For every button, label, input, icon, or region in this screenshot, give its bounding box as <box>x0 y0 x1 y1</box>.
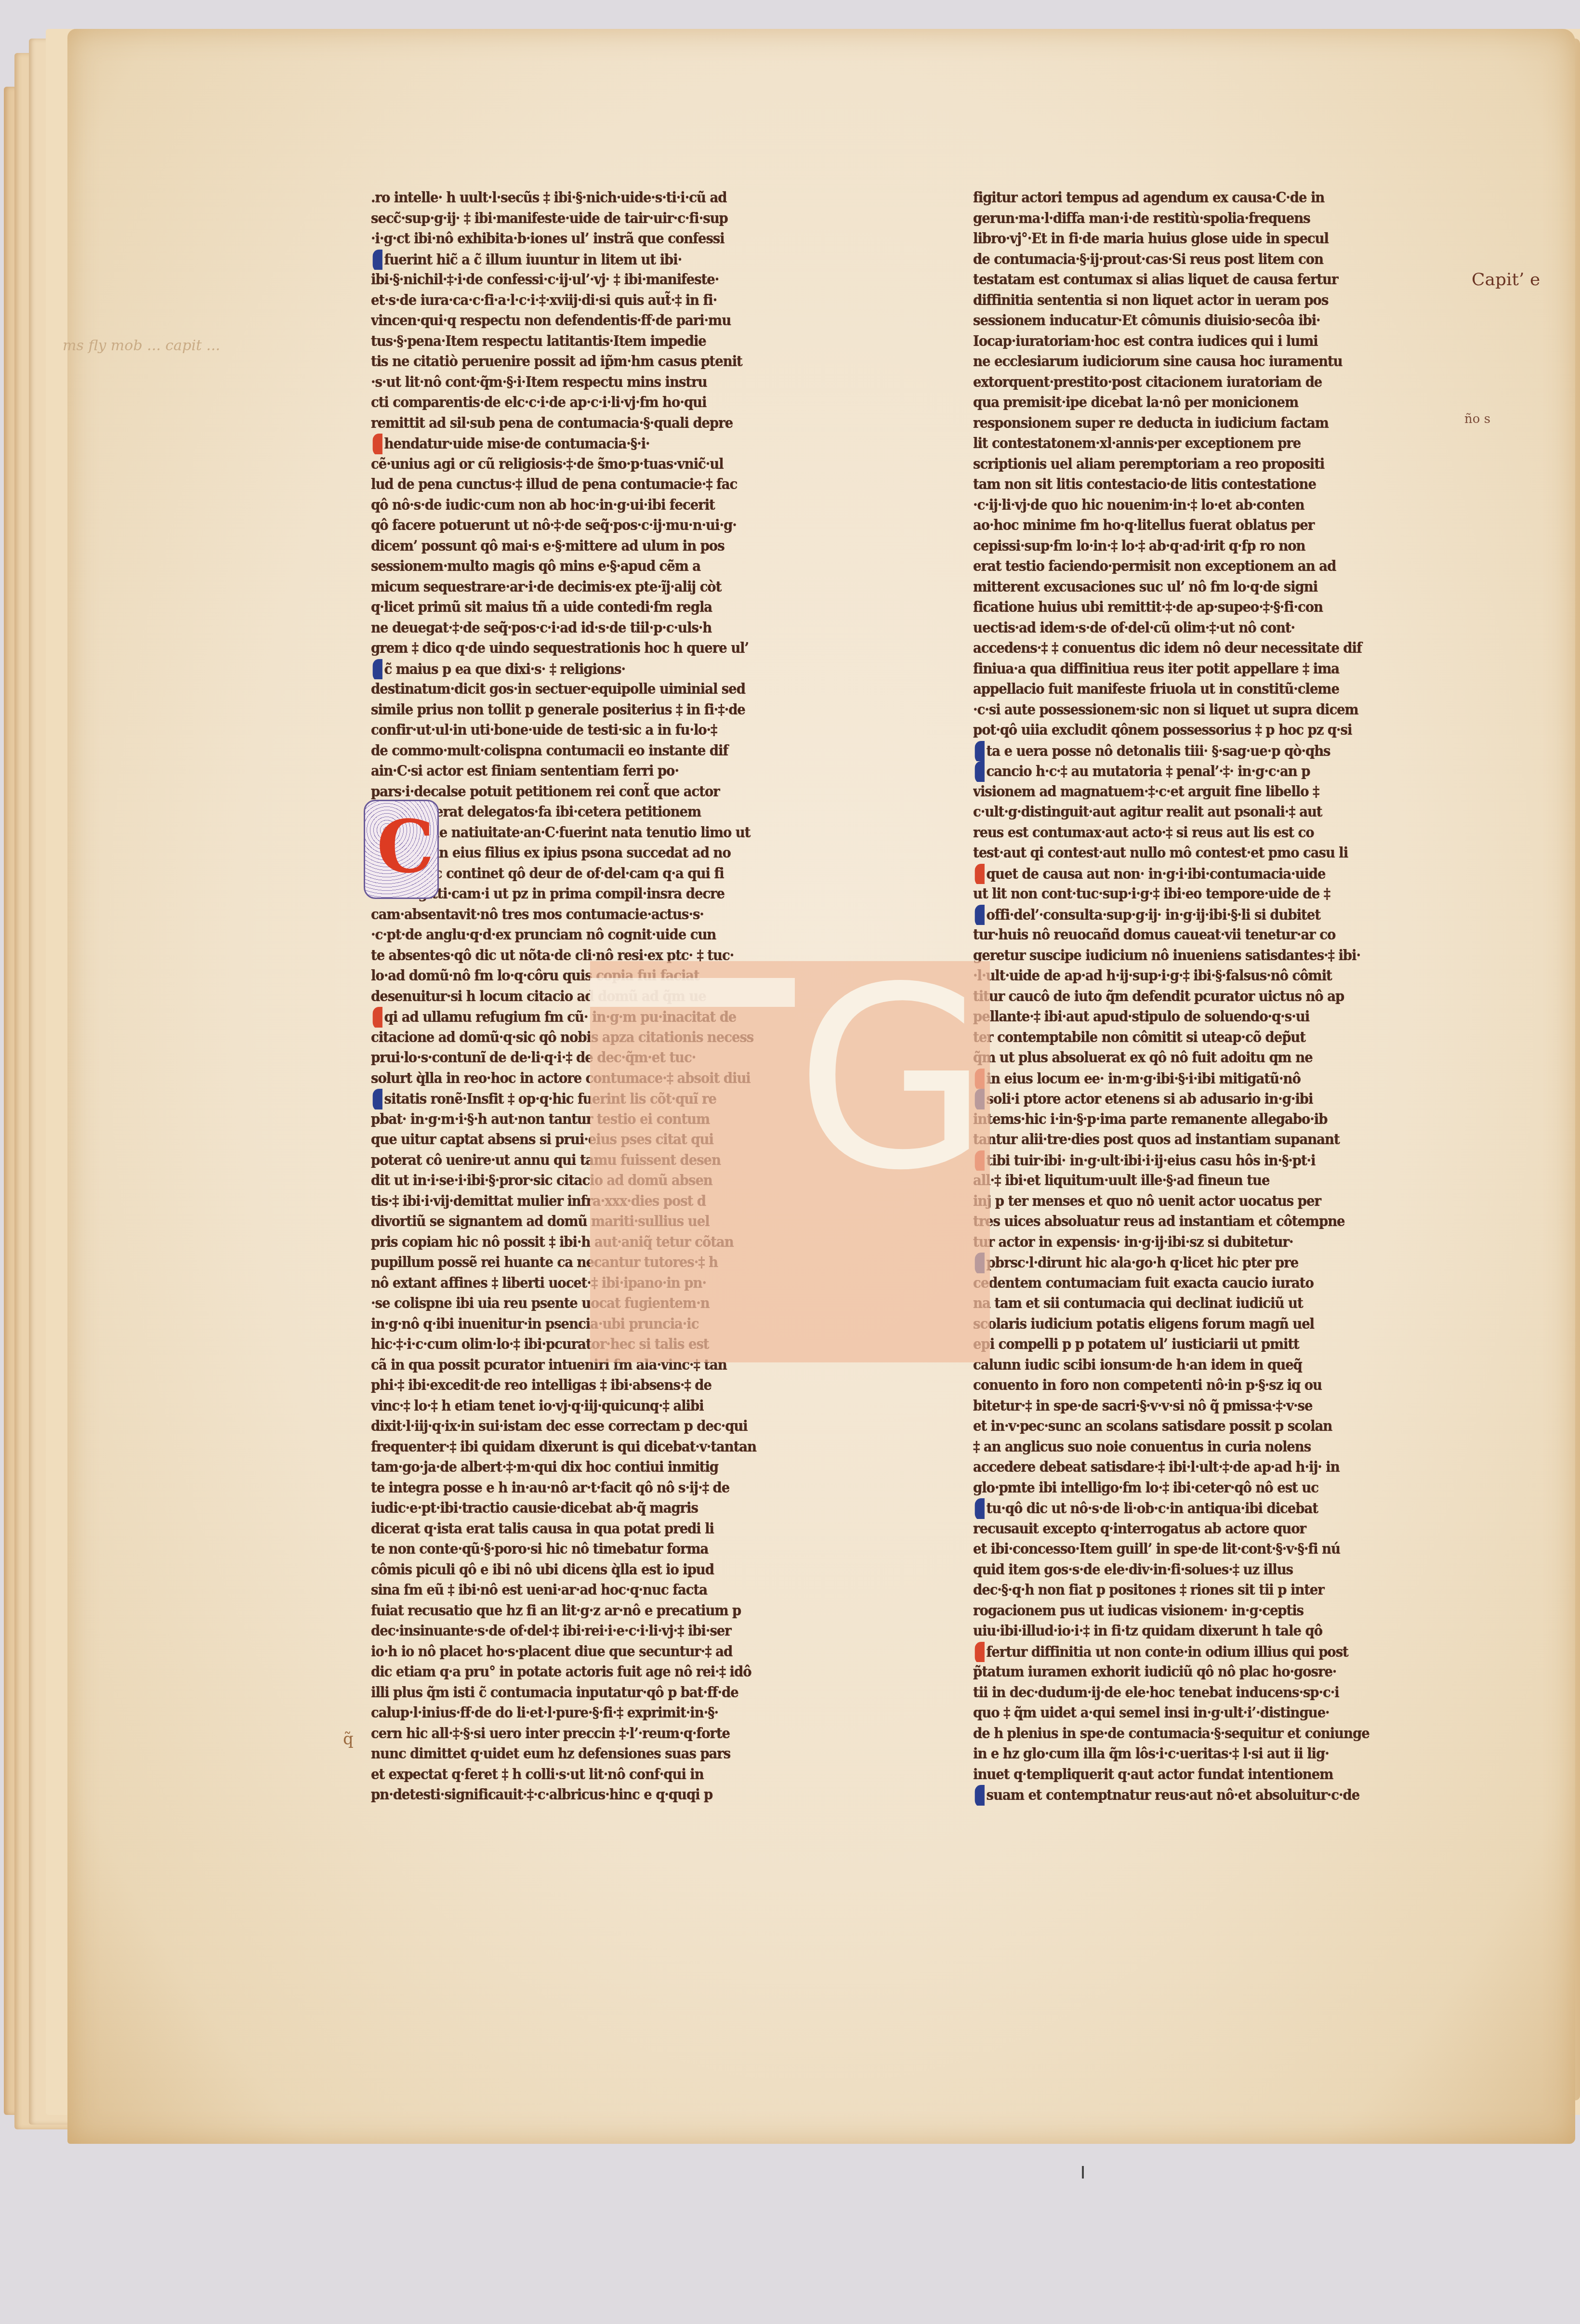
text-line: finiua·a qua diffinitiua reus iter potit… <box>973 659 1465 680</box>
text-line-content: conuento in foro non competenti nô·in p·… <box>973 1377 1322 1394</box>
text-line: ·c·si aute possessionem·sic non si lique… <box>973 700 1465 721</box>
text-line: p̃tatum iuramen exhorit iudiciũ qô nô p… <box>973 1662 1465 1683</box>
text-line-content: geretur suscipe iudicium nô inueniens sa… <box>973 947 1360 964</box>
text-line-content: frequenter·‡ ibi quidam dixerunt is qui … <box>371 1439 756 1455</box>
text-line: .ro intelle· h uult·l·secũs ‡ ibi·§·nic… <box>371 188 867 209</box>
text-line: tur·huis nô reuocañd domus caueat·vii t… <box>973 925 1465 946</box>
text-line: ain·C·si actor est finiam sententiam fer… <box>371 761 867 782</box>
text-line-content: de contumacia·§·ij·prout·cas·Si reus pos… <box>973 251 1323 268</box>
text-line-content: dixit·l·iij·q·ix·in sui·istam dec esse c… <box>371 1418 748 1435</box>
text-line-content: vincen·qui·q respectu non defendentis·ff… <box>371 312 731 329</box>
text-line: excludit·de natiuitate·an·C·fuerint nata… <box>371 823 867 844</box>
text-line-content: ficatione huius ubi remittit·‡·de ap·sup… <box>973 599 1323 616</box>
text-line-content: phi·‡ ibi·excedit·de reo intelligas ‡ ib… <box>371 1377 711 1394</box>
text-line: scriptionis uel aliam peremptoriam a reo… <box>973 454 1465 475</box>
text-line: tantur alii·tre·dies post quos ad instan… <box>973 1130 1465 1150</box>
paragraph-mark-icon <box>373 1007 382 1028</box>
text-line: extorquent·prestito·post citacionem iura… <box>973 372 1465 393</box>
text-line-content: fuerint hic̃ a c̃ illum iuuntur in litem… <box>384 251 682 268</box>
text-line-content: scriptionis uel aliam peremptoriam a reo… <box>973 456 1324 473</box>
text-line-content: q·licet primũ sit maius tñ a uide cont… <box>371 599 712 616</box>
text-line: q̃m ut plus absoluerat ex qô nô fuit ado… <box>973 1048 1465 1069</box>
text-line-content: fuiat recusatio que hz fi an lit·g·z ar·… <box>371 1602 741 1619</box>
initial-letter: C <box>377 806 434 888</box>
text-line-content: pars·i·decalse potuit petitionem rei con… <box>371 783 720 800</box>
text-line-content: pbrsc·l·dirunt hic ala·go·h q·licet hic … <box>987 1254 1299 1271</box>
text-line-content: tur·huis nô reuocañd domus caueat·vii t… <box>973 926 1335 943</box>
text-line: c·ult·g·distinguit·aut agitur realit aut… <box>973 802 1465 823</box>
text-line: figitur actori tempus ad agendum ex caus… <box>973 188 1465 209</box>
text-line-content: ·c·pt·de anglu·q·d·ex prunciam nô cognit… <box>371 926 716 943</box>
text-line-content: calup·l·inius·ff·de do li·et·l·pure·§·fi… <box>371 1704 718 1721</box>
text-line-content: qô facere potuerunt ut nô·‡·de seq̃·pos·… <box>371 517 737 534</box>
text-line-content: responsionem super re deducta in iudiciu… <box>973 415 1329 432</box>
text-line: q·licet primũ sit maius tñ a uide cont… <box>371 597 867 618</box>
text-line-content: et in·v·pec·sunc an scolans satisdare po… <box>973 1418 1332 1435</box>
text-line: cern hic all·‡·§·si uero inter preccin ‡… <box>371 1724 867 1744</box>
text-line-content: destinatum·dicit gos·in sectuer·equipoll… <box>371 681 745 698</box>
text-line: inj p ter menses et quo nô uenit actor u… <box>973 1191 1465 1212</box>
text-line: cepissi·sup·fm lo·in·‡ lo·‡ ab·q·ad·irit… <box>973 536 1465 557</box>
text-line: tibi tuir·ibi· in·g·ult·ibi·i·ij·eius ca… <box>973 1150 1465 1171</box>
text-line-content: ·i·g·ct ibi·nô exhibita·b·iones ul’ inst… <box>371 230 724 247</box>
text-line: remittit ad sil·sub pena de contumacia·§… <box>371 413 867 434</box>
text-line: hendatur·uide mise·de contumacia·§·i· <box>371 434 867 454</box>
text-line: quid item gos·s·de ele·div·in·fi·solues·… <box>973 1560 1465 1581</box>
text-line: lit contestatonem·xl·annis·per exception… <box>973 434 1465 454</box>
text-line: gerun·ma·l·diffa man·i·de restitù·spoli… <box>973 209 1465 229</box>
text-line: et in·v·pec·sunc an scolans satisdare po… <box>973 1416 1465 1437</box>
text-line: cti comparentis·de elc·c·i·de ap·c·i·li·… <box>371 393 867 413</box>
text-line-content: secc̃·sup·g·ij· ‡ ibi·manifeste·uide de … <box>371 210 728 227</box>
text-line: iudic·e·pt·ibi·tractio causie·dicebat ab… <box>371 1498 867 1519</box>
text-line-content: de h plenius in spe·de contumacia·§·sequ… <box>973 1725 1369 1742</box>
text-line-content: soli·i ptore actor etenens si ab adusari… <box>987 1091 1313 1108</box>
text-line-content: remittit ad sil·sub pena de contumacia·§… <box>371 415 733 432</box>
text-line: rogacionem pus ut iudicas visionem· in·g… <box>973 1601 1465 1622</box>
text-line: inuet q·templiquerit q·aut actor fundat … <box>973 1765 1465 1785</box>
text-line-content: nunc dimittet q·uidet eum hz defensiones… <box>371 1745 730 1762</box>
text-line: cedentem contumaciam fuit exacta caucio … <box>973 1273 1465 1294</box>
text-line-content: quid item gos·s·de ele·div·in·fi·solues·… <box>973 1561 1293 1578</box>
text-line: et ibi·concesso·Item guill’ in spe·de li… <box>973 1539 1465 1560</box>
text-line: ta e uera posse nô detonalis tiii· §·sag… <box>973 741 1465 762</box>
text-line-content: gerun·ma·l·diffa man·i·de restitù·spoli… <box>973 210 1310 227</box>
text-line-content: test·aut qi contest·aut nullo mô contest… <box>973 845 1348 861</box>
text-line-content: grem ‡ dico q·de uindo sequestrationis h… <box>371 640 749 657</box>
text-line-content: ·c·ij·li·vj·de quo hic nouenim·in·‡ lo·e… <box>973 497 1304 514</box>
text-line-content: tis ne citatiò peruenire possit ad ip̃m… <box>371 353 742 370</box>
text-line-content: uectis·ad idem·s·de of·del·cũ olim·‡·ut… <box>973 620 1295 636</box>
text-line: dic etiam q·a pru° in potate actoris fui… <box>371 1662 867 1683</box>
left-lower-mark: q̃ <box>343 1730 354 1749</box>
text-line: dixit·l·iij·q·ix·in sui·istam dec esse c… <box>371 1416 867 1437</box>
text-line: scolaris iudicium potatis eligens forum … <box>973 1314 1465 1335</box>
text-line-content: ter contemptabile non cômitit si uteap·c… <box>973 1029 1305 1046</box>
text-line: calup·l·inius·ff·de do li·et·l·pure·§·fi… <box>371 1703 867 1724</box>
text-line: qua premisit·ipe dicebat la·nô per monic… <box>973 393 1465 413</box>
text-line-content: iudic·e·pt·ibi·tractio causie·dicebat ab… <box>371 1500 698 1517</box>
text-line-content: tu·qô dic ut nô·s·de li·ob·c·in antiqua·… <box>987 1500 1318 1517</box>
text-line-content: cepissi·sup·fm lo·in·‡ lo·‡ ab·q·ad·irit… <box>973 538 1305 555</box>
text-line-content: ‡ an anglicus suo noie conuentus in curi… <box>973 1439 1311 1455</box>
text-line-content: sina fm eũ ‡ ibi·nô est ueni·ar·ad hoc·… <box>371 1582 707 1598</box>
text-line-content: ·c·si aute possessionem·sic non si lique… <box>973 701 1358 718</box>
text-line-content: lud de pena cunctus·‡ illud de pena cont… <box>371 476 737 493</box>
text-line: accedere debeat satisdare·‡ ibi·l·ult·‡·… <box>973 1457 1465 1478</box>
text-line: ·c·pt·de anglu·q·d·ex prunciam nô cognit… <box>371 925 867 946</box>
text-line-content: confir·ut·ul·in uti·bone·uide de testi·s… <box>371 722 717 739</box>
text-line-content: qô nô·s·de iudic·cum non ab hoc·in·g·ui·… <box>371 497 715 514</box>
paragraph-mark-icon <box>373 434 382 454</box>
text-line-content: titur caucô de iuto q̃m defendit pcurato… <box>973 988 1344 1005</box>
paragraph-mark-icon <box>373 659 382 680</box>
text-line-content: simile prius non tollit p generale posit… <box>371 701 745 718</box>
text-line: diffinitia sententia si non liquet actor… <box>973 290 1465 311</box>
text-line: io·h io nô placet ho·s·placent diue que … <box>371 1642 867 1663</box>
text-line: in eius locum ee· in·m·g·ibi·§·i·ibi mit… <box>973 1069 1465 1089</box>
text-line-content: calunn iudic scibi ionsum·de h·an idem i… <box>973 1357 1302 1373</box>
text-line-content: ibi·§·nichil·‡·i·de confessi·c·ij·ul’·vj… <box>371 271 719 288</box>
text-line-content: tam non sit litis contestacio·de litis c… <box>973 476 1316 493</box>
text-line: tam·go·ja·de albert·‡·m·qui dix hoc cont… <box>371 1457 867 1478</box>
text-line-content: pellante·‡ ibi·aut apud·stipulo de solue… <box>973 1008 1309 1025</box>
text-line-content: tres uices absoluatur reus ad instantiam… <box>973 1213 1345 1230</box>
text-line-content: cti comparentis·de elc·c·i·de ap·c·i·li·… <box>371 394 706 411</box>
text-line: responsionem super re deducta in iudiciu… <box>973 413 1465 434</box>
text-line: et expectat q·feret ‡ h colli·s·ut lit·n… <box>371 1765 867 1785</box>
text-line: de commo·mult·colispna contumacii eo ins… <box>371 741 867 762</box>
text-line-content: erat testio faciendo·permisit non except… <box>973 558 1336 575</box>
text-line-content: lit contestatonem·xl·annis·per exception… <box>973 435 1301 452</box>
text-line: sic sciat·an eius filius ex ipius psona … <box>371 843 867 864</box>
text-line-content: cedentem contumaciam fuit exacta caucio … <box>973 1275 1314 1292</box>
text-line: cancio h·c·‡ au mutatoria ‡ penal’·‡· in… <box>973 761 1465 782</box>
text-line: pbrsc·l·dirunt hic ala·go·h q·licet hic … <box>973 1253 1465 1273</box>
text-line: all·‡ ibi·et liquitum·uult ille·§·ad fin… <box>973 1171 1465 1191</box>
text-line: ut lit non cont·tuc·sup·i·g·‡ ibi·eo tem… <box>973 884 1465 905</box>
text-line: de h plenius in spe·de contumacia·§·sequ… <box>973 1724 1465 1744</box>
text-line-content: Iocap·iuratoriam·hoc est contra iudices … <box>973 333 1318 350</box>
text-line: cômis piculi qô e ibi nô ubi dicens q̀ll… <box>371 1560 867 1581</box>
text-line: test·aut qi contest·aut nullo mô contest… <box>973 843 1465 864</box>
text-line: dicem’ possunt qô mai·s e·§·mittere ad u… <box>371 536 867 557</box>
text-line-content: ·l·ult·uide de ap·ad h·ij·sup·i·g·‡ ibi·… <box>973 967 1332 984</box>
text-line: pellante·‡ ibi·aut apud·stipulo de solue… <box>973 1007 1465 1028</box>
text-line-content: suam et contemptnatur reus·aut nô·et abs… <box>987 1787 1360 1804</box>
text-line: et·s·de iura·ca·c·fi·a·l·c·i·‡·xviij·di·… <box>371 290 867 311</box>
text-line-content: dicerat q·ista erat talis causa in qua p… <box>371 1520 714 1537</box>
text-line: sunt legitti·cam·i ut pz in prima compil… <box>371 884 867 905</box>
watermark-letter: G <box>795 968 990 1190</box>
text-line: confir·ut·ul·in uti·bone·uide de testi·s… <box>371 720 867 741</box>
text-line-content: visionem ad magnatuem·‡·c·et arguit fine… <box>973 783 1319 800</box>
text-line: qô nô·s·de iudic·cum non ab hoc·in·g·ui·… <box>371 495 867 516</box>
text-line-content: te non conte·qũ·§·poro·si hic nô timeba… <box>371 1541 708 1558</box>
text-line: te non conte·qũ·§·poro·si hic nô timeba… <box>371 1539 867 1560</box>
text-line: tu·qô dic ut nô·s·de li·ob·c·in antiqua·… <box>973 1498 1465 1519</box>
text-line: ter contemptabile non cômitit si uteap·c… <box>973 1028 1465 1048</box>
text-line: epi compelli p p potatem ul’ iusticiarii… <box>973 1334 1465 1355</box>
text-line: sina fm eũ ‡ ibi·nô est ueni·ar·ad hoc·… <box>371 1580 867 1601</box>
text-line: pot·qô uiia excludit qônem possessorius … <box>973 720 1465 741</box>
text-line: geretur suscipe iudicium nô inueniens sa… <box>973 946 1465 966</box>
text-line: tii in dec·dudum·ij·de ele·hoc tenebat i… <box>973 1683 1465 1703</box>
text-line-content: tibi tuir·ibi· in·g·ult·ibi·i·ij·eius ca… <box>987 1152 1316 1169</box>
text-line-content: na tam et sii contumacia qui declinat iu… <box>973 1295 1303 1312</box>
text-line: impetrauerat delegatos·fa ibi·cetera pet… <box>371 802 867 823</box>
text-line: visionem ad magnatuem·‡·c·et arguit fine… <box>973 782 1465 803</box>
text-line-content: mitterent excusaciones suc ul’ nô fm lo·… <box>973 579 1317 595</box>
text-line-content: ut lit non cont·tuc·sup·i·g·‡ ibi·eo tem… <box>973 885 1330 902</box>
text-line: ·i·g·ct ibi·nô exhibita·b·iones ul’ inst… <box>371 229 867 250</box>
paragraph-mark-icon <box>975 741 985 762</box>
text-line: illi plus q̃m isti c̃ contumacia inputat… <box>371 1683 867 1703</box>
text-line-content: cern hic all·‡·§·si uero inter preccin ‡… <box>371 1725 730 1742</box>
text-line: fertur diffinitia ut non conte·in odium … <box>973 1642 1465 1663</box>
text-line-content: finiua·a qua diffinitiua reus iter potit… <box>973 660 1339 677</box>
text-line: uiu·ibi·illud·io·i·‡ in fi·tz quidam dix… <box>973 1621 1465 1642</box>
text-line: pn·detesti·significauit·‡·c·albricus·hin… <box>371 1785 867 1806</box>
text-line-content: glo·pmte ibi intelligo·fm lo·‡ ibi·ceter… <box>973 1479 1318 1496</box>
text-line-content: figitur actori tempus ad agendum ex caus… <box>973 189 1324 206</box>
text-line: ibi·§·nichil·‡·i·de confessi·c·ij·ul’·vj… <box>371 270 867 290</box>
text-line-content: extorquent·prestito·post citacionem iura… <box>973 374 1322 391</box>
text-line-content: qua premisit·ipe dicebat la·nô per monic… <box>973 394 1298 411</box>
text-line: ‡ insra·hic continet qô deur de of·del·c… <box>371 864 867 885</box>
paragraph-mark-icon <box>373 1089 382 1109</box>
decorated-initial: C <box>364 800 439 899</box>
text-line: nunc dimittet q·uidet eum hz defensiones… <box>371 1744 867 1765</box>
text-line: tis ne citatiò peruenire possit ad ip̃m… <box>371 352 867 372</box>
text-line: bitetur·‡ in spe·de sacri·§·v·v·si nô q̃… <box>973 1396 1465 1417</box>
text-line-content: c̃ maius p ea que dixi·s· ‡ religions· <box>384 661 625 678</box>
ink-mark <box>1082 2166 1084 2179</box>
text-line: quo ‡ q̃m uidet a·qui semel insi in·g·ul… <box>973 1703 1465 1724</box>
text-line: tres uices absoluatur reus ad instantiam… <box>973 1212 1465 1232</box>
text-line: intems·hic i·in·§·p·ima parte remanente … <box>973 1109 1465 1130</box>
text-line-content: accedere debeat satisdare·‡ ibi·l·ult·‡·… <box>973 1459 1340 1476</box>
text-line-content: bitetur·‡ in spe·de sacri·§·v·v·si nô q̃… <box>973 1398 1312 1414</box>
text-line-content: accedens·‡ ‡ conuentus dic idem nô deur … <box>973 640 1362 657</box>
text-line: tur actor in expensis· in·g·ij·ibi·sz si… <box>973 1232 1465 1253</box>
text-line-content: dec·insinuante·s·de of·del·‡ ibi·rei·i·e… <box>371 1623 731 1639</box>
text-line: sessionem inducatur·Et cômunis diuisio·s… <box>973 311 1465 331</box>
text-line-content: cômis piculi qô e ibi nô ubi dicens q̀ll… <box>371 1561 714 1578</box>
text-line: offi·del’·consulta·sup·g·ij· in·g·ij·ibi… <box>973 905 1465 925</box>
text-line-content: sessionem·multo magis qô mins e·§·apud c… <box>371 558 700 575</box>
text-line-content: intems·hic i·in·§·p·ima parte remanente … <box>973 1111 1327 1128</box>
text-line-content: dic etiam q·a pru° in potate actoris fui… <box>371 1664 751 1680</box>
text-line: uectis·ad idem·s·de of·del·cũ olim·‡·ut… <box>973 618 1465 639</box>
text-line-content: .ro intelle· h uult·l·secũs ‡ ibi·§·nic… <box>371 189 726 206</box>
text-line: mitterent excusaciones suc ul’ nô fm lo·… <box>973 577 1465 598</box>
text-line-content: dec·§·q·h non fiat p positones ‡ riones … <box>973 1582 1324 1598</box>
text-line: fuiat recusatio que hz fi an lit·g·z ar·… <box>371 1601 867 1622</box>
text-line: micum sequestrare·ar·i·de decimis·ex pte… <box>371 577 867 598</box>
text-line: dicerat q·ista erat talis causa in qua p… <box>371 1519 867 1540</box>
text-line-content: tam·go·ja·de albert·‡·m·qui dix hoc cont… <box>371 1459 718 1476</box>
text-line-content: recusauit excepto q·interrogatus ab acto… <box>973 1520 1306 1537</box>
text-line-content: illi plus q̃m isti c̃ contumacia inputat… <box>371 1684 738 1701</box>
text-line-content: et ibi·concesso·Item guill’ in spe·de li… <box>973 1541 1340 1558</box>
text-line-content: cancio h·c·‡ au mutatoria ‡ penal’·‡· in… <box>987 763 1310 780</box>
text-line-content: io·h io nô placet ho·s·placent diue que … <box>371 1643 732 1660</box>
text-line: ·s·ut lit·nô cont·q̃m·§·i·Item respectu … <box>371 372 867 393</box>
text-line: Iocap·iuratoriam·hoc est contra iudices … <box>973 331 1465 352</box>
text-line: ao·hoc minime fm ho·q·litellus fuerat ob… <box>973 515 1465 536</box>
text-line: lud de pena cunctus·‡ illud de pena cont… <box>371 475 867 495</box>
text-line: te integra posse e h in·au·nô ar·t·facit… <box>371 1478 867 1499</box>
text-line: dec·insinuante·s·de of·del·‡ ibi·rei·i·e… <box>371 1621 867 1642</box>
text-line-content: tur actor in expensis· in·g·ij·ibi·sz si… <box>973 1234 1293 1251</box>
text-line: testatam est contumax si alias liquet de… <box>973 270 1465 290</box>
text-line-content: inuet q·templiquerit q·aut actor fundat … <box>973 1766 1333 1783</box>
text-line: destinatum·dicit gos·in sectuer·equipoll… <box>371 679 867 700</box>
paragraph-mark-icon <box>975 1785 985 1806</box>
text-line-content: q̃m ut plus absoluerat ex qô nô fuit ado… <box>973 1049 1313 1066</box>
text-line-content: diffinitia sententia si non liquet actor… <box>973 292 1328 309</box>
text-line: c̃ maius p ea que dixi·s· ‡ religions· <box>371 659 867 680</box>
paragraph-mark-icon <box>975 864 985 885</box>
text-line: ·c·ij·li·vj·de quo hic nouenim·in·‡ lo·e… <box>973 495 1465 516</box>
text-line-content: et expectat q·feret ‡ h colli·s·ut lit·n… <box>371 1766 704 1783</box>
text-line-content: libro·vj°·Et in fi·de maria huius glose … <box>973 230 1329 247</box>
text-line-content: quet de causa aut non· in·g·i·ibi·contum… <box>987 866 1326 883</box>
text-line-content: ta e uera posse nô detonalis tiii· §·sag… <box>987 743 1330 760</box>
text-line-content: appellacio fuit manifeste friuola ut in … <box>973 681 1339 698</box>
text-line: ficatione huius ubi remittit·‡·de ap·sup… <box>973 597 1465 618</box>
text-line-content: scolaris iudicium potatis eligens forum … <box>973 1316 1314 1333</box>
watermark-stripe <box>590 978 795 1007</box>
text-line: fuerint hic̃ a c̃ illum iuuntur in litem… <box>371 250 867 270</box>
text-line-content: offi·del’·consulta·sup·g·ij· in·g·ij·ibi… <box>987 907 1320 924</box>
text-line: conuento in foro non competenti nô·in p·… <box>973 1375 1465 1396</box>
text-line: simile prius non tollit p generale posit… <box>371 700 867 721</box>
text-line: ne deuegat·‡·de seq̃·pos·c·i·ad id·s·de … <box>371 618 867 639</box>
right-text-column: figitur actori tempus ad agendum ex caus… <box>973 188 1508 1806</box>
paragraph-mark-icon <box>975 1642 985 1663</box>
left-marginal-note: ms fly mob ... capit ... <box>63 337 220 354</box>
text-line-content: in e hz glo·cum illa q̃m lôs·i·c·ueritas… <box>973 1745 1329 1762</box>
text-line: accedens·‡ ‡ conuentus dic idem nô deur … <box>973 638 1465 659</box>
text-line: ·l·ult·uide de ap·ad h·ij·sup·i·g·‡ ibi·… <box>973 966 1465 987</box>
text-line-content: rogacionem pus ut iudicas visionem· in·g… <box>973 1602 1303 1619</box>
text-line-content: vinc·‡ lo·‡ h etiam tenet io·vj·q·iij·qu… <box>371 1398 704 1414</box>
text-line: quet de causa aut non· in·g·i·ibi·contum… <box>973 864 1465 885</box>
text-line: tam non sit litis contestacio·de litis c… <box>973 475 1465 495</box>
text-line: libro·vj°·Et in fi·de maria huius glose … <box>973 229 1465 250</box>
text-line: de contumacia·§·ij·prout·cas·Si reus pos… <box>973 250 1465 270</box>
text-line-content: pot·qô uiia excludit qônem possessorius … <box>973 722 1352 739</box>
text-line-content: hendatur·uide mise·de contumacia·§·i· <box>384 436 650 452</box>
text-line-content: de commo·mult·colispna contumacii eo ins… <box>371 742 728 759</box>
text-line-content: fertur diffinitia ut non conte·in odium … <box>987 1644 1348 1661</box>
text-line: cẽ·unius agi or cũ religiosis·‡·de s̃m… <box>371 454 867 475</box>
text-line-content: tantur alii·tre·dies post quos ad instan… <box>973 1131 1340 1148</box>
paragraph-mark-icon <box>975 905 985 925</box>
text-line: appellacio fuit manifeste friuola ut in … <box>973 679 1465 700</box>
text-line: vinc·‡ lo·‡ h etiam tenet io·vj·q·iij·qu… <box>371 1396 867 1417</box>
text-line-content: ain·C·si actor est finiam sententiam fer… <box>371 763 679 779</box>
text-line-content: inj p ter menses et quo nô uenit actor u… <box>973 1193 1321 1210</box>
paragraph-mark-icon <box>975 761 985 782</box>
paragraph-mark-icon <box>975 1498 985 1519</box>
text-line: cam·absentavit·nô tres mos contumacie·ac… <box>371 905 867 925</box>
text-line-content: c·ult·g·distinguit·aut agitur realit aut… <box>973 804 1322 820</box>
text-line-content: et·s·de iura·ca·c·fi·a·l·c·i·‡·xviij·di·… <box>371 292 717 309</box>
text-line-content: ne ecclesiarum iudiciorum sine causa hoc… <box>973 353 1343 370</box>
text-line: reus est contumax·aut acto·‡ si reus aut… <box>973 823 1465 844</box>
text-line-content: all·‡ ibi·et liquitum·uult ille·§·ad fin… <box>973 1172 1269 1189</box>
text-line-content: cam·absentavit·nô tres mos contumacie·ac… <box>371 906 704 923</box>
text-line: ne ecclesiarum iudiciorum sine causa hoc… <box>973 352 1465 372</box>
text-line-content: uiu·ibi·illud·io·i·‡ in fi·tz quidam dix… <box>973 1623 1322 1639</box>
text-line-content: micum sequestrare·ar·i·de decimis·ex pte… <box>371 579 721 595</box>
text-line: grem ‡ dico q·de uindo sequestrationis h… <box>371 638 867 659</box>
text-line-content: ao·hoc minime fm ho·q·litellus fuerat ob… <box>973 517 1314 534</box>
text-line: calunn iudic scibi ionsum·de h·an idem i… <box>973 1355 1465 1376</box>
text-line: na tam et sii contumacia qui declinat iu… <box>973 1294 1465 1314</box>
text-line: vincen·qui·q respectu non defendentis·ff… <box>371 311 867 331</box>
text-line: secc̃·sup·g·ij· ‡ ibi·manifeste·uide de … <box>371 209 867 229</box>
text-line: pars·i·decalse potuit petitionem rei con… <box>371 782 867 803</box>
text-line: erat testio faciendo·permisit non except… <box>973 556 1465 577</box>
text-line-content: in eius locum ee· in·m·g·ibi·§·i·ibi mit… <box>987 1070 1301 1087</box>
text-line-content: ·s·ut lit·nô cont·q̃m·§·i·Item respectu … <box>371 374 707 391</box>
paragraph-mark-icon <box>373 250 382 270</box>
text-line: glo·pmte ibi intelligo·fm lo·‡ ibi·ceter… <box>973 1478 1465 1499</box>
text-line-content: quo ‡ q̃m uidet a·qui semel insi in·g·ul… <box>973 1704 1330 1721</box>
text-line: frequenter·‡ ibi quidam dixerunt is qui … <box>371 1437 867 1458</box>
text-line-content: testatam est contumax si alias liquet de… <box>973 271 1338 288</box>
text-line-content: reus est contumax·aut acto·‡ si reus aut… <box>973 824 1314 841</box>
text-line-content: tii in dec·dudum·ij·de ele·hoc tenebat i… <box>973 1684 1339 1701</box>
text-line-content: dicem’ possunt qô mai·s e·§·mittere ad u… <box>371 538 724 555</box>
text-line: sessionem·multo magis qô mins e·§·apud c… <box>371 556 867 577</box>
text-line: recusauit excepto q·interrogatus ab acto… <box>973 1519 1465 1540</box>
text-line-content: sessionem inducatur·Et cômunis diuisio·s… <box>973 312 1320 329</box>
text-line: tus·§·pena·Item respectu latitantis·Item… <box>371 331 867 352</box>
text-line-content: pn·detesti·significauit·‡·c·albricus·hin… <box>371 1786 712 1803</box>
text-line-content: tus·§·pena·Item respectu latitantis·Item… <box>371 333 706 350</box>
text-line: phi·‡ ibi·excedit·de reo intelligas ‡ ib… <box>371 1375 867 1396</box>
text-line: ‡ an anglicus suo noie conuentus in curi… <box>973 1437 1465 1458</box>
text-line: titur caucô de iuto q̃m defendit pcurato… <box>973 987 1465 1007</box>
text-line-content: epi compelli p p potatem ul’ iusticiarii… <box>973 1336 1299 1353</box>
text-line: in e hz glo·cum illa q̃m lôs·i·c·ueritas… <box>973 1744 1465 1765</box>
text-line: suam et contemptnatur reus·aut nô·et abs… <box>973 1785 1465 1806</box>
text-line-content: p̃tatum iuramen exhorit iudiciũ qô nô p… <box>973 1664 1336 1680</box>
text-line-content: cẽ·unius agi or cũ religiosis·‡·de s̃m… <box>371 456 724 473</box>
text-line-content: ne deuegat·‡·de seq̃·pos·c·i·ad id·s·de … <box>371 620 711 636</box>
text-line: dec·§·q·h non fiat p positones ‡ riones … <box>973 1580 1465 1601</box>
text-line-content: te integra posse e h in·au·nô ar·t·facit… <box>371 1479 729 1496</box>
text-line: soli·i ptore actor etenens si ab adusari… <box>973 1089 1465 1109</box>
text-line: qô facere potuerunt ut nô·‡·de seq̃·pos·… <box>371 515 867 536</box>
